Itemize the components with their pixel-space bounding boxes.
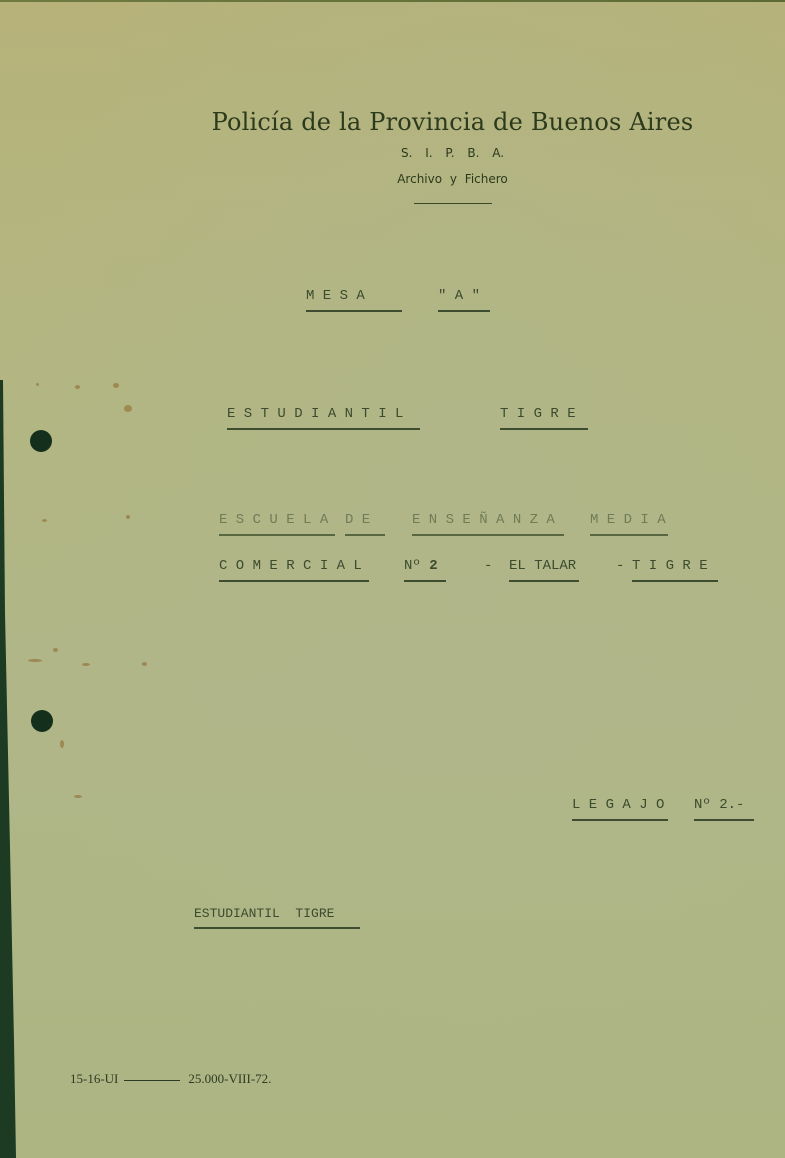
file-label: ESTUDIANTIL TIGRE [194,906,360,929]
header-divider [414,203,492,204]
legajo-number-group: Nº 2.- [694,797,754,821]
legajo-label: L E G A J O [572,797,668,821]
document-page: Policía de la Provincia de Buenos Aires … [0,0,785,1158]
school-word-media: M E D I A [590,512,668,536]
form-code: 15-16-UI [70,1071,118,1086]
stain [124,405,132,412]
binding-edge [0,380,16,1158]
category-location: T I G R E [500,406,588,430]
stain [126,515,130,519]
school-number-label: Nº [404,558,421,574]
stain [75,385,80,389]
school-city: T I G R E [632,558,718,582]
category-label: E S T U D I A N T I L [227,406,420,430]
footer-rule [124,1080,180,1081]
school-dash-1: - [484,558,492,574]
agency-title: Policía de la Provincia de Buenos Aires [0,108,785,136]
school-type: C O M E R C I A L [219,558,369,582]
print-run: 25.000-VIII-72. [188,1071,271,1086]
stain [28,659,42,662]
mesa-label: M E S A [306,288,402,312]
stain [42,519,47,522]
punch-hole-bottom [31,710,53,732]
school-number-group: Nº 2 [404,558,446,582]
school-word-de: D E [345,512,385,536]
school-dash-2: - [616,558,624,574]
stain [82,663,90,666]
stain [60,740,64,748]
stain [74,795,82,798]
legajo-number: 2.- [719,797,744,813]
stain [53,648,58,652]
top-edge [0,0,785,2]
agency-acronym: S. I. P. B. A. [0,146,785,160]
stain [113,383,119,388]
mesa-value: " A " [438,288,490,312]
department-name: Archivo y Fichero [0,172,785,186]
school-word-escuela: E S C U E L A [219,512,335,536]
school-word-ensenanza: E N S E Ñ A N Z A [412,512,564,536]
stain [142,662,147,666]
school-place: EL TALAR [509,558,579,582]
stain [36,383,39,386]
legajo-number-label: Nº [694,797,711,813]
form-footer: 15-16-UI25.000-VIII-72. [70,1071,271,1087]
punch-hole-top [30,430,52,452]
school-number: 2 [429,558,437,574]
